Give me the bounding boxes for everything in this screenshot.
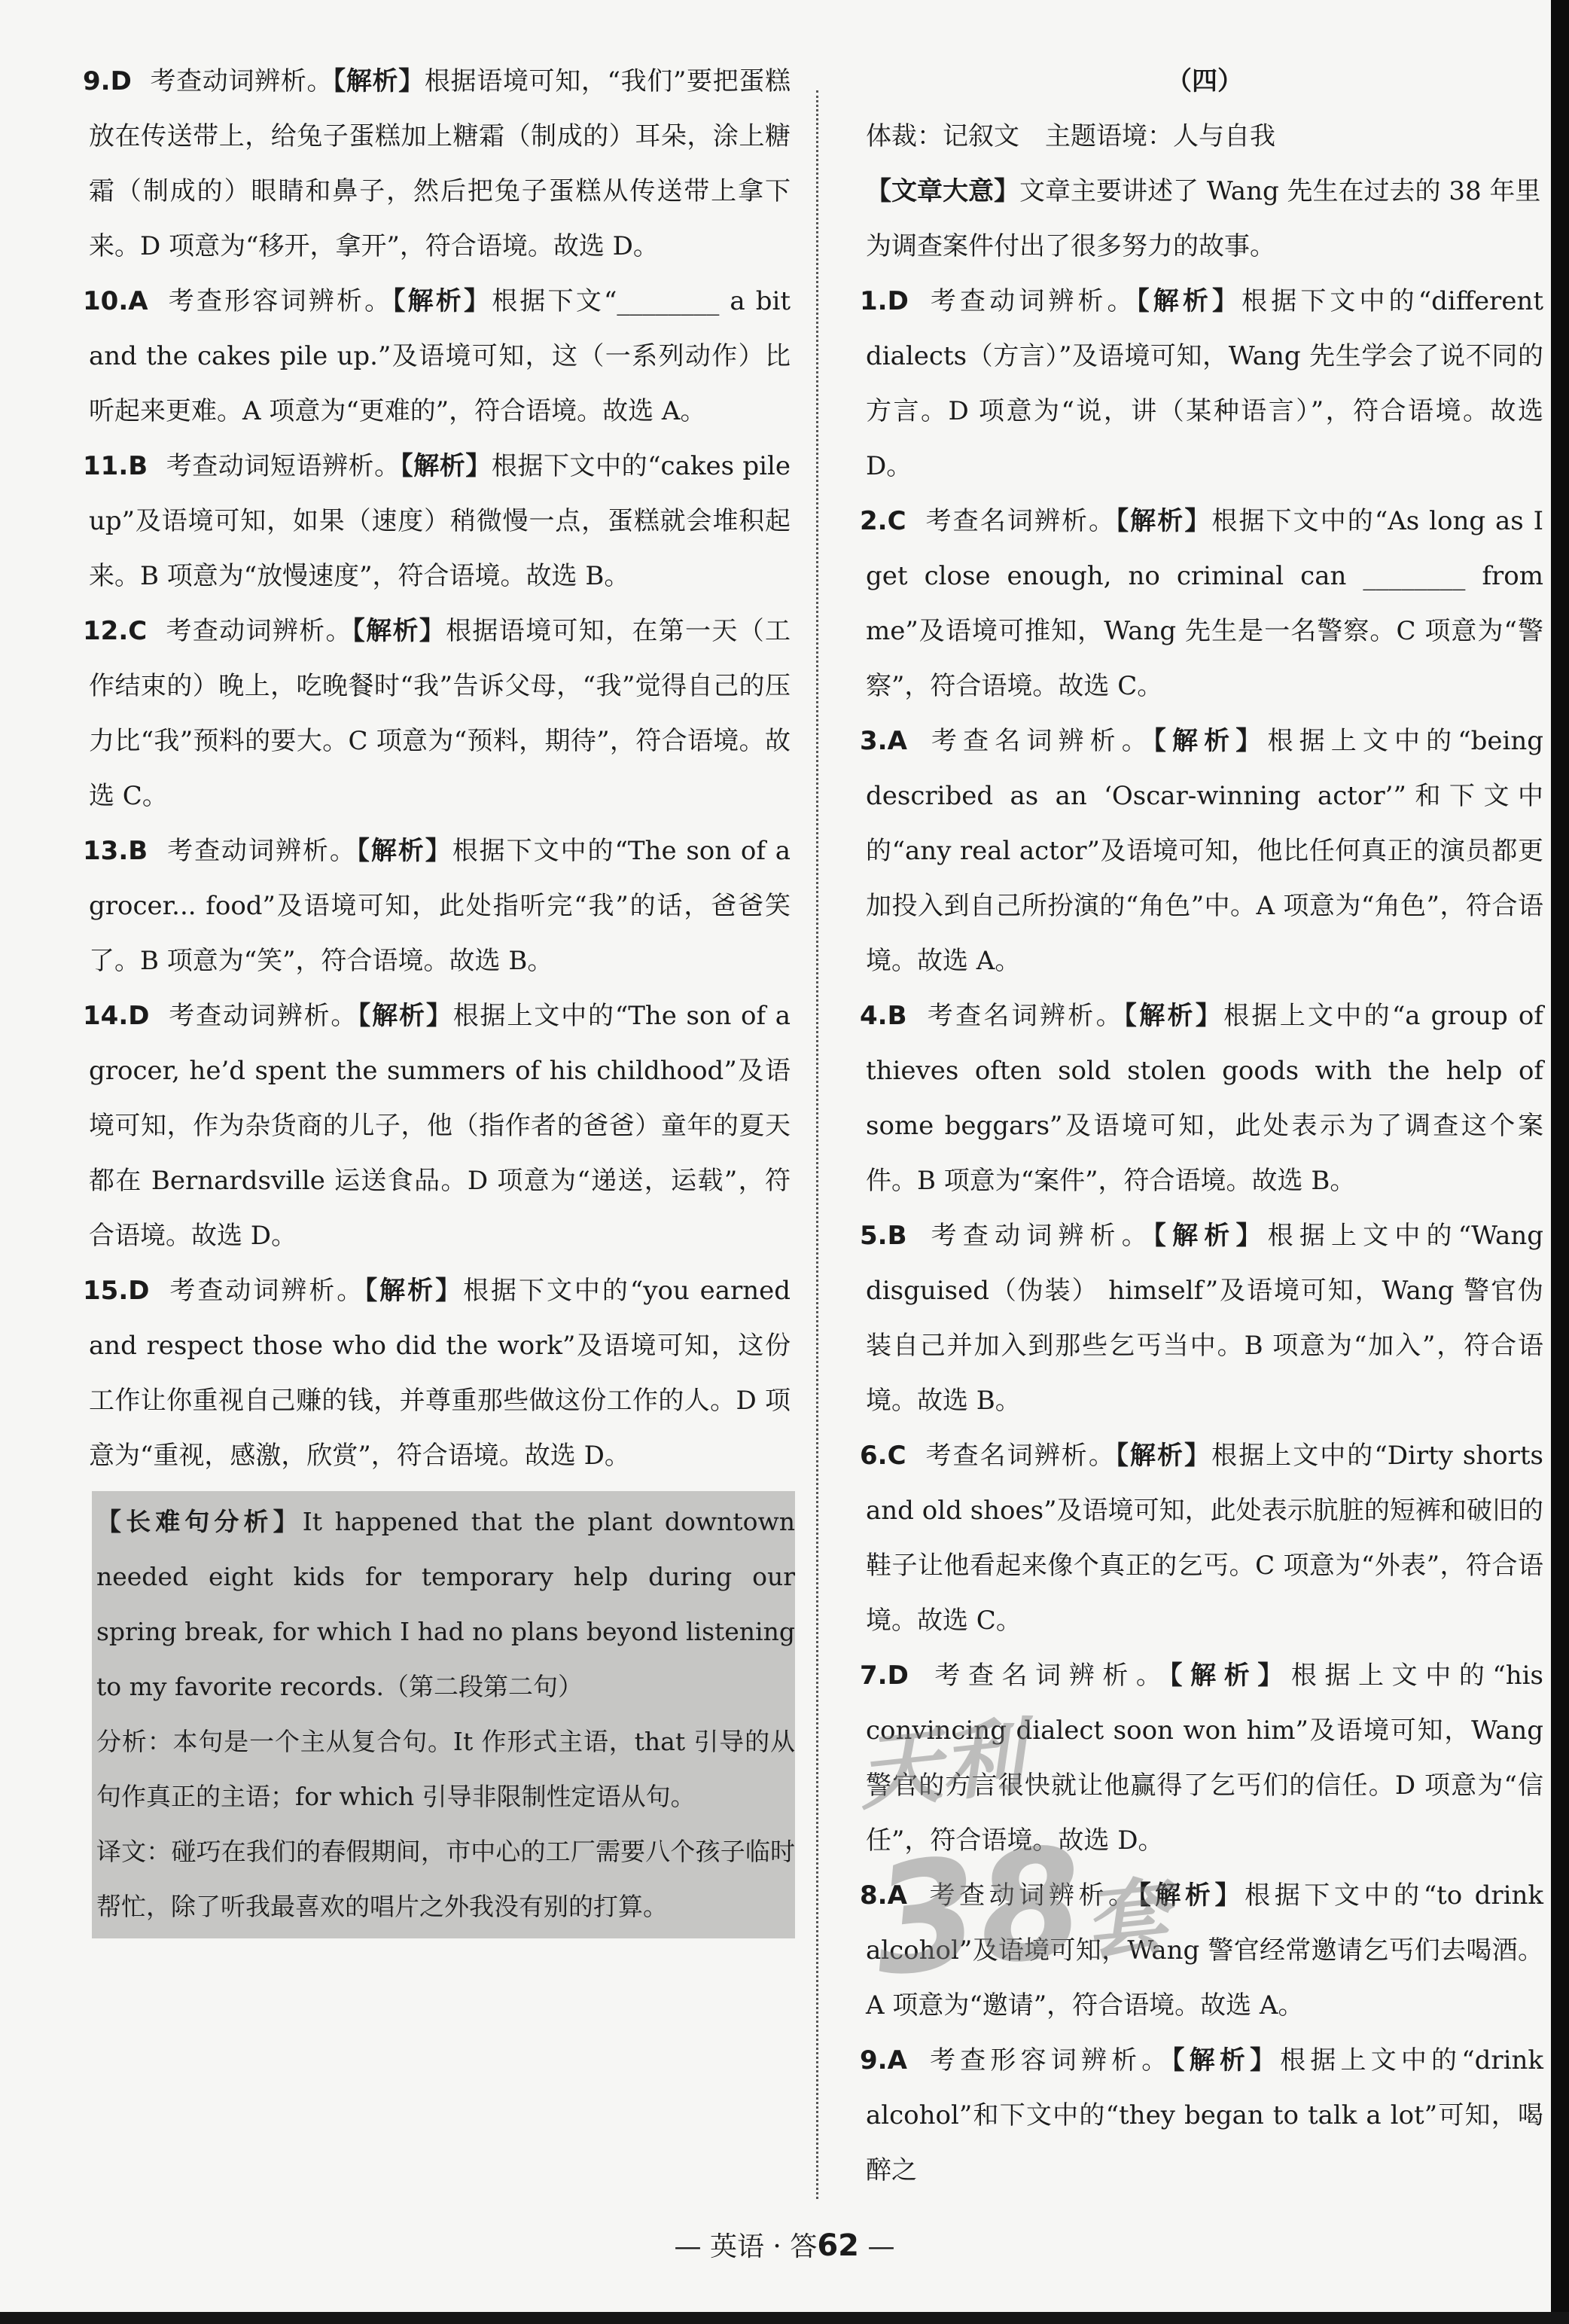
question-type: 考查动词辨析。 [166,836,357,866]
analysis-label: 【解析】 [1170,1661,1291,1691]
question-type: 考查动词辨析。 [150,66,333,96]
analysis-label: 【解析】 [357,836,452,866]
answer-number: 3.A [860,726,907,756]
section-title: （四） [866,54,1543,109]
analysis-label: 【解析】 [1153,726,1268,756]
answer-number: 1.D [860,286,909,316]
answer-number: 9.A [860,2045,907,2075]
right-answer-list: 1.D考查动词辨析。【解析】根据下文中的“different dialects（… [866,274,1543,2198]
analysis-label: 【解析】 [1116,506,1211,536]
answer-number: 13.B [83,836,148,866]
analysis-label: 【解析】 [1138,1880,1245,1911]
scan-edge-bottom [0,2312,1569,2324]
question-type: 考查动词辨析。 [167,1001,358,1031]
answer-item: 5.B考查动词辨析。【解析】根据上文中的“Wang disguised（伪装） … [866,1209,1543,1429]
answer-item: 2.C考查名词辨析。【解析】根据下文中的“As long as I get cl… [866,494,1543,714]
answer-item: 13.B考查动词辨析。【解析】根据下文中的“The son of a groce… [89,824,791,989]
scan-edge-right [1551,0,1569,2324]
question-type: 考查动词辨析。 [925,1880,1138,1911]
long-sentence-analysis-box: 【长难句分析】It happened that the plant downto… [92,1491,795,1938]
summary-label: 【文章大意】 [866,176,1019,206]
analysis-text: 根据上文中的“being described as an ‘Oscar-winn… [866,726,1543,976]
answer-item: 9.D考查动词辨析。【解析】根据语境可知，“我们”要把蛋糕放在传送带上，给兔子蛋… [89,54,791,274]
analysis-label: 【解析】 [352,616,446,646]
answer-item: 3.A考查名词辨析。【解析】根据上文中的“being described as … [866,714,1543,989]
analysis-label: 【解析】 [401,451,492,481]
analysis-label: 【长难句分析】 [96,1507,303,1536]
answer-number: 5.B [860,1221,907,1251]
question-type: 考查名词辨析。 [925,1441,1116,1471]
answer-number: 10.A [83,286,148,316]
analysis-label: 【解析】 [1124,1001,1223,1031]
answer-item: 8.A考查动词辨析。【解析】根据下文中的“to drink alcohol”及语… [866,1868,1543,2033]
answer-number: 11.B [83,451,148,481]
genre-line: 体裁：记叙文 主题语境：人与自我 [866,109,1543,164]
answer-item: 10.A考查形容词辨析。【解析】根据下文“________ a bit and … [89,274,791,439]
answer-number: 14.D [83,1001,149,1031]
answer-number: 9.D [83,66,132,96]
analysis-label: 【解析】 [1137,286,1241,316]
question-type: 考查名词辨析。 [925,726,1153,756]
question-type: 考查名词辨析。 [925,1001,1124,1031]
left-answer-list: 9.D考查动词辨析。【解析】根据语境可知，“我们”要把蛋糕放在传送带上，给兔子蛋… [89,54,791,1484]
analysis-label: 【解析】 [1171,2045,1280,2075]
analysis-label: 【解析】 [392,286,492,316]
left-column: 9.D考查动词辨析。【解析】根据语境可知，“我们”要把蛋糕放在传送带上，给兔子蛋… [89,54,791,1938]
answer-number: 6.C [860,1441,906,1471]
answer-item: 12.C考查动词辨析。【解析】根据语境可知，在第一天（工作结束的）晚上，吃晚餐时… [89,604,791,824]
question-type: 考查动词辨析。 [165,616,352,646]
answer-number: 15.D [83,1276,149,1306]
article-summary: 【文章大意】文章主要讲述了 Wang 先生在过去的 38 年里为调查案件付出了很… [866,164,1543,274]
analysis-label: 【解析】 [1116,1441,1211,1471]
question-type: 考查名词辨析。 [927,1661,1170,1691]
answer-item: 7.D考查名词辨析。【解析】根据上文中的“his convincing dial… [866,1648,1543,1868]
question-type: 考查形容词辨析。 [925,2045,1172,2075]
question-type: 考查名词辨析。 [925,506,1117,536]
question-type: 考查动词短语辨析。 [166,451,401,481]
footer-subject: — 英语 · 答 [675,2231,818,2262]
answer-number: 7.D [860,1661,909,1691]
answer-number: 2.C [860,506,906,536]
analysis-label: 【解析】 [358,1001,452,1031]
analysis-explanation: 分析：本句是一个主从复合句。It 作形式主语，that 引导的从句作真正的主语；… [96,1714,795,1824]
analysis-label: 【解析】 [1153,1221,1268,1251]
answer-number: 12.C [83,616,147,646]
answer-item: 9.A考查形容词辨析。【解析】根据上文中的“drink alcohol”和下文中… [866,2033,1543,2198]
right-column: （四） 体裁：记叙文 主题语境：人与自我 【文章大意】文章主要讲述了 Wang … [866,54,1543,2198]
answer-item: 11.B考查动词短语辨析。【解析】根据下文中的“cakes pile up”及语… [89,439,791,604]
analysis-label: 【解析】 [333,66,425,96]
answer-item: 14.D考查动词辨析。【解析】根据上文中的“The son of a groce… [89,989,791,1264]
analysis-translation: 译文：碰巧在我们的春假期间，市中心的工厂需要八个孩子临时帮忙，除了听我最喜欢的唱… [96,1824,795,1934]
analysis-label: 【解析】 [364,1276,463,1306]
question-type: 考查动词辨析。 [927,286,1137,316]
answer-item: 1.D考查动词辨析。【解析】根据下文中的“different dialects（… [866,274,1543,494]
answer-page: 9.D考查动词辨析。【解析】根据语境可知，“我们”要把蛋糕放在传送带上，给兔子蛋… [0,0,1551,2310]
page-number: 62 [817,2228,859,2263]
page-footer: — 英语 · 答62 — [0,2225,1569,2264]
question-type: 考查动词辨析。 [925,1221,1153,1251]
answer-item: 15.D考查动词辨析。【解析】根据下文中的“you earned and res… [89,1264,791,1484]
answer-number: 4.B [860,1001,907,1031]
analysis-sentence: 【长难句分析】It happened that the plant downto… [96,1494,795,1714]
answer-item: 6.C考查名词辨析。【解析】根据上文中的“Dirty shorts and ol… [866,1429,1543,1648]
question-type: 考查动词辨析。 [167,1276,364,1306]
answer-number: 8.A [860,1880,907,1911]
question-type: 考查形容词辨析。 [166,286,393,316]
answer-item: 4.B考查名词辨析。【解析】根据上文中的“a group of thieves … [866,989,1543,1209]
column-divider [816,90,818,2199]
analysis-text: 根据上文中的“The son of a grocer, he’d spent t… [89,1001,791,1251]
